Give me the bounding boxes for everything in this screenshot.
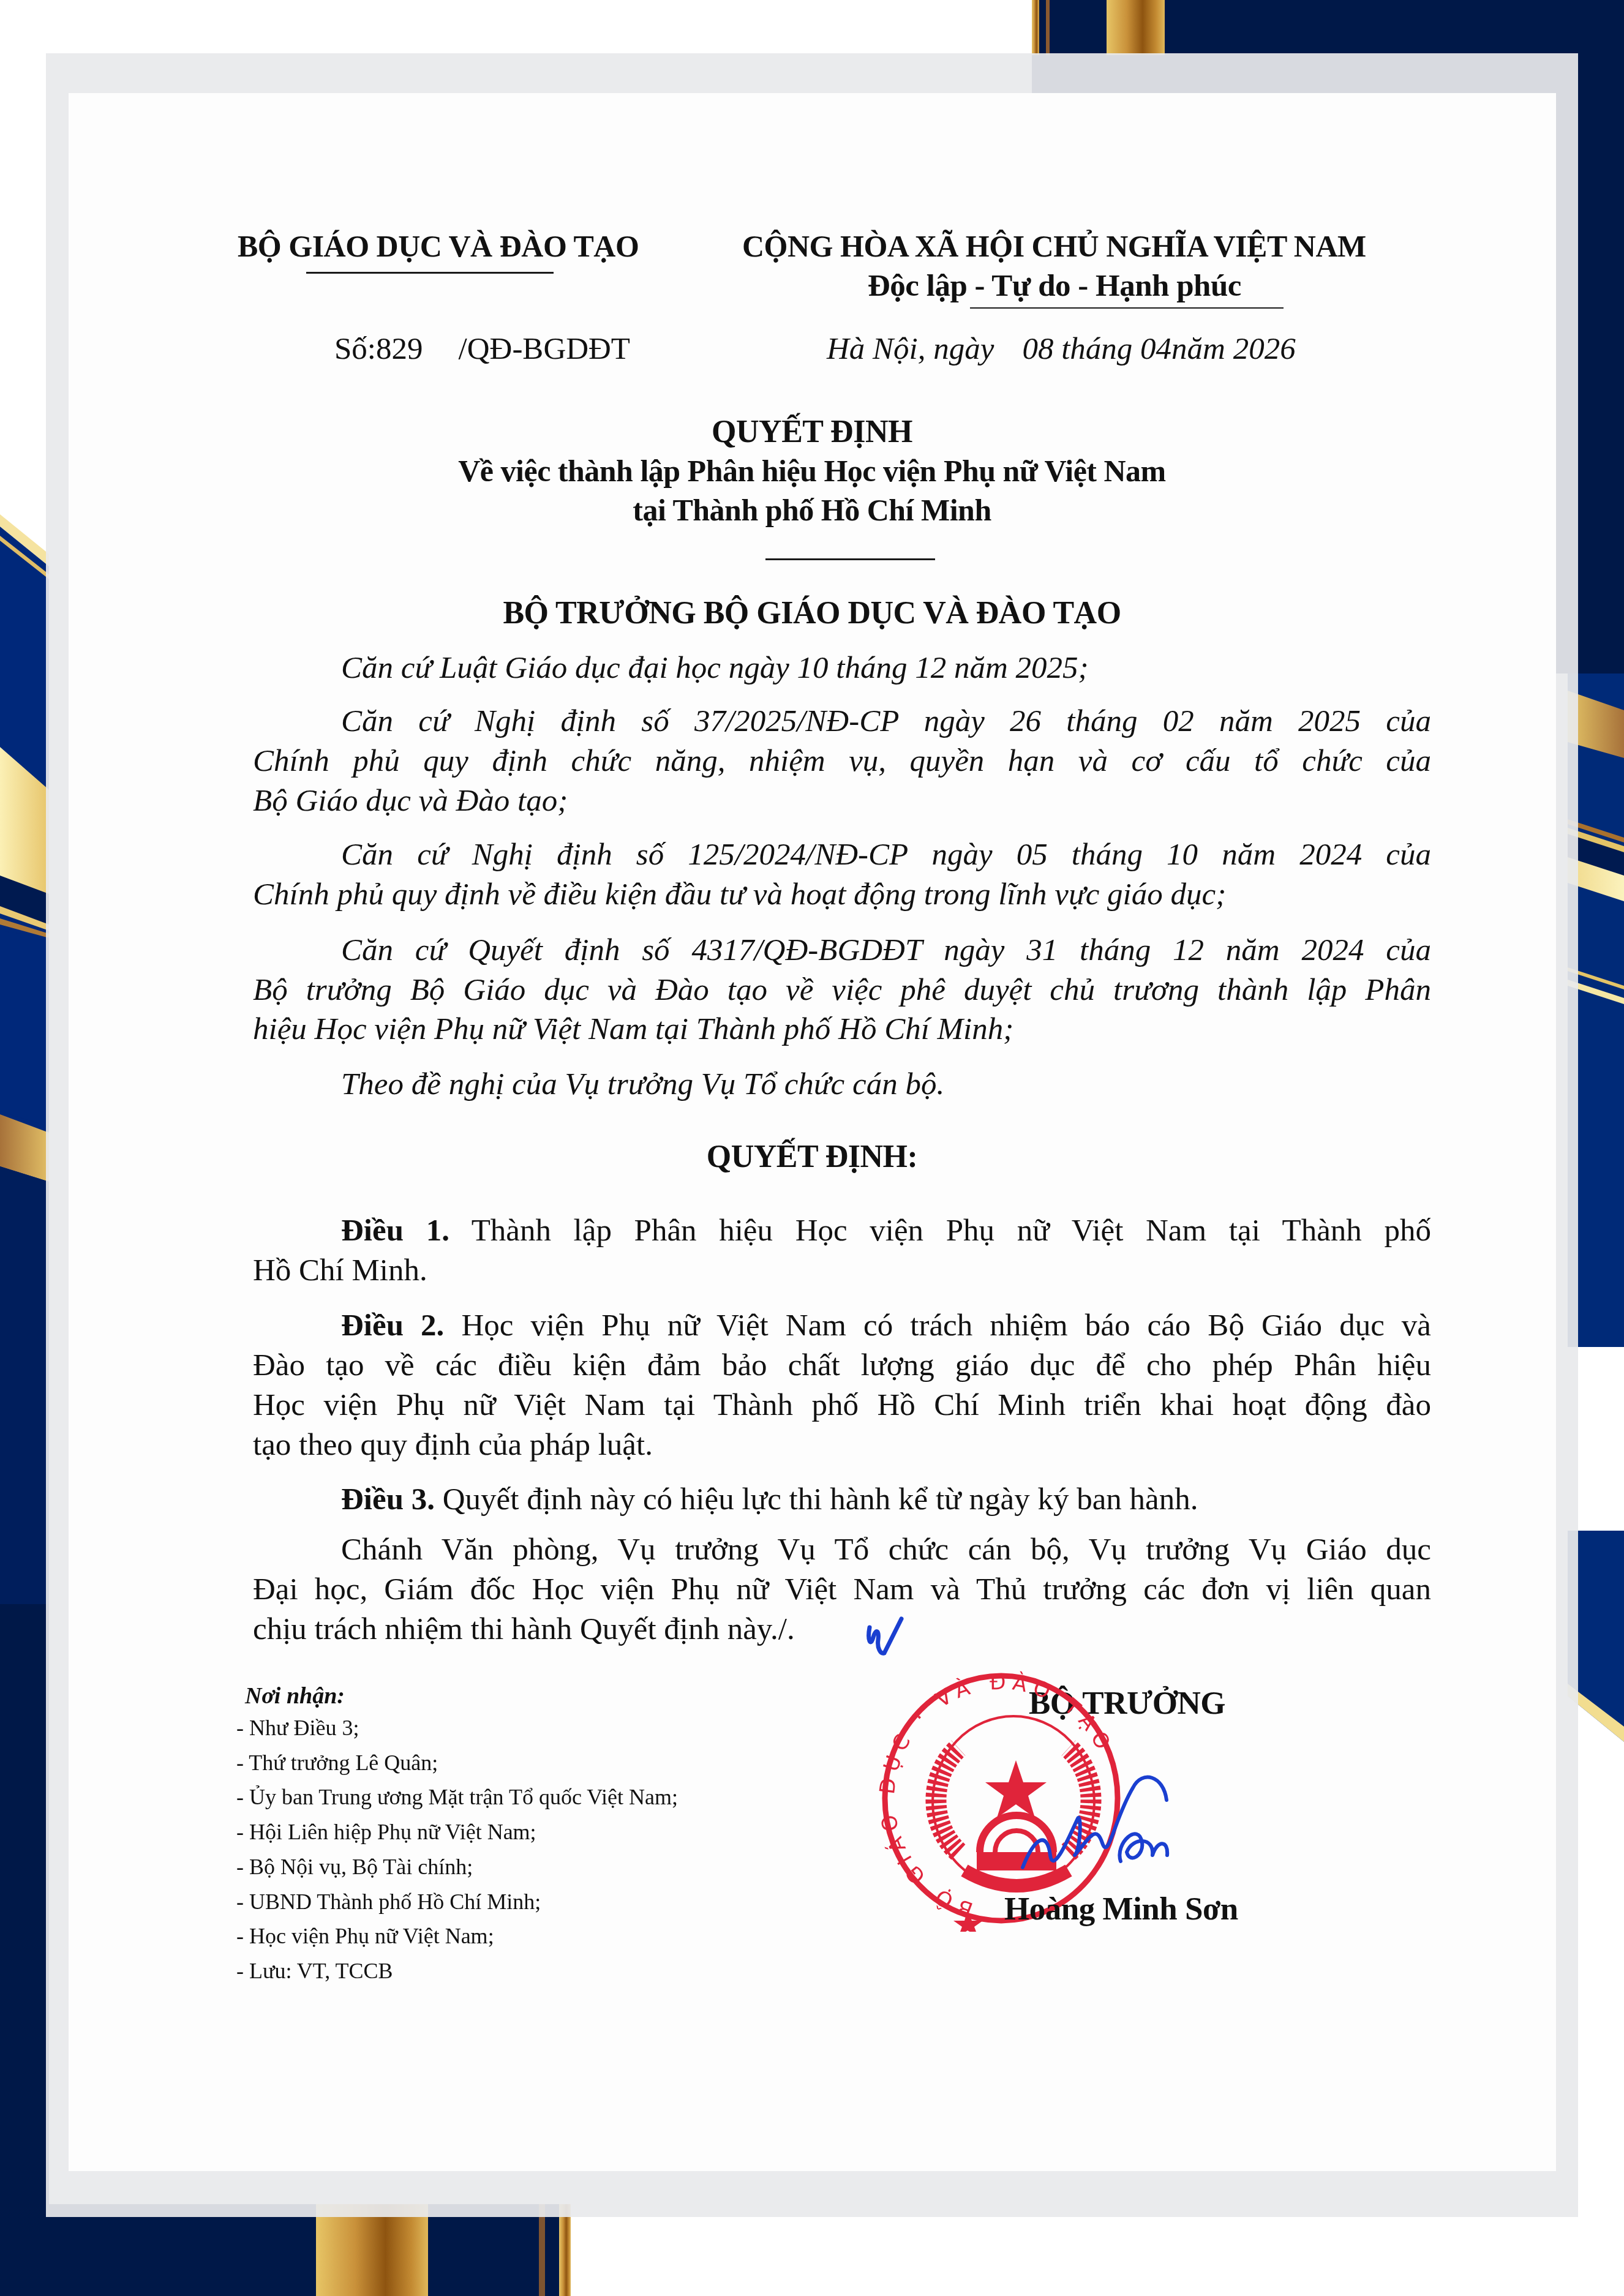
article-text: Thành lập Phân hiệu Học viện Phụ nữ Việt… <box>472 1214 1431 1248</box>
decision-subject-line-1: Về việc thành lập Phân hiệu Học viện Phụ… <box>0 456 1624 486</box>
article-line: Hồ Chí Minh. <box>253 1255 427 1286</box>
number-suffix: /QĐ-BGDĐT <box>459 332 630 366</box>
motto-underline <box>970 307 1284 309</box>
left-diagonal-stripes <box>0 502 49 1604</box>
preamble-line: Căn cứ Nghị định số 125/2024/NĐ-CP ngày … <box>341 839 1431 871</box>
recipient-item: - UBND Thành phố Hồ Chí Minh; <box>236 1891 541 1913</box>
recipient-item: - Ủy ban Trung ương Mặt trận Tổ quốc Việ… <box>236 1786 678 1808</box>
article-first-line: Điều 1. Thành lập Phân hiệu Học viện Phụ… <box>341 1215 1431 1247</box>
country-name: CỘNG HÒA XÃ HỘI CHỦ NGHĨA VIỆT NAM <box>742 231 1366 261</box>
preamble-line: Chính phủ quy định về điều kiện đầu tư v… <box>253 879 1226 910</box>
article-first-line: Điều 2. Học viện Phụ nữ Việt Nam có trác… <box>341 1310 1431 1341</box>
day: 08 <box>1022 332 1053 366</box>
article-line: Học viện Phụ nữ Việt Nam tại Thành phố H… <box>253 1390 1431 1421</box>
recipient-item: - Học viện Phụ nữ Việt Nam; <box>236 1925 494 1947</box>
article-line: tạo theo quy định của pháp luật. <box>253 1430 653 1461</box>
closing-line: Đại học, Giám đốc Học viện Phụ nữ Việt N… <box>253 1574 1431 1605</box>
recipients-heading: Nơi nhận: <box>245 1684 345 1708</box>
article-label: Điều 3. <box>341 1482 435 1517</box>
preamble-line: hiệu Học viện Phụ nữ Việt Nam tại Thành … <box>253 1014 1013 1045</box>
closing-line: chịu trách nhiệm thi hành Quyết định này… <box>253 1614 795 1645</box>
number-value: 829 <box>376 332 423 366</box>
decision-heading: QUYẾT ĐỊNH <box>0 416 1624 448</box>
preamble-line: Bộ Giáo dục và Đào tạo; <box>253 786 568 817</box>
article-label: Điều 2. <box>341 1308 444 1343</box>
document-number: Số:829/QĐ-BGDĐT <box>334 334 630 365</box>
place-date-prefix: Hà Nội, ngày <box>827 332 994 366</box>
recipient-item: - Thứ trưởng Lê Quân; <box>236 1752 438 1774</box>
place-and-date: Hà Nội, ngày08 tháng 04năm 2026 <box>827 334 1296 365</box>
article-text: Quyết định này có hiệu lực thi hành kể t… <box>443 1482 1198 1517</box>
article-text: Học viện Phụ nữ Việt Nam có trách nhiệm … <box>461 1308 1431 1343</box>
preamble-line: Chính phủ quy định chức năng, nhiệm vụ, … <box>253 746 1431 777</box>
recipient-item: - Hội Liên hiệp Phụ nữ Việt Nam; <box>236 1821 536 1843</box>
preamble-line: Căn cứ Nghị định số 37/2025/NĐ-CP ngày 2… <box>341 706 1431 737</box>
month: 04 <box>1140 332 1171 366</box>
year: 2026 <box>1233 332 1296 366</box>
signing-authority: BỘ TRƯỞNG BỘ GIÁO DỤC VÀ ĐÀO TẠO <box>0 598 1624 629</box>
year-label: năm <box>1171 332 1225 366</box>
initials-mark-icon <box>865 1616 908 1665</box>
signer-name: Hoàng Minh Sơn <box>1004 1893 1238 1926</box>
month-label: tháng <box>1061 332 1132 366</box>
preamble-line: Bộ trưởng Bộ Giáo dục và Đào tạo về việc… <box>253 975 1431 1006</box>
national-motto: Độc lập - Tự do - Hạnh phúc <box>868 271 1241 302</box>
preamble-line: Căn cứ Quyết định số 4317/QĐ-BGDĐT ngày … <box>341 935 1431 966</box>
article-line: Đào tạo về các điều kiện đảm bảo chất lư… <box>253 1350 1431 1381</box>
preamble-line: Theo đề nghị của Vụ trưởng Vụ Tổ chức cá… <box>341 1069 944 1100</box>
ministry-underline <box>306 272 554 274</box>
issuing-ministry: BỘ GIÁO DỤC VÀ ĐÀO TẠO <box>238 231 639 261</box>
decision-subject-line-2: tại Thành phố Hồ Chí Minh <box>0 495 1624 525</box>
number-prefix: Số: <box>334 332 376 366</box>
article-label: Điều 1. <box>341 1214 449 1248</box>
recipient-item: - Lưu: VT, TCCB <box>236 1960 393 1982</box>
decision-body-heading: QUYẾT ĐỊNH: <box>0 1141 1624 1173</box>
handwritten-signature-icon <box>1017 1763 1200 1886</box>
article-first-line: Điều 3. Quyết định này có hiệu lực thi h… <box>341 1484 1198 1515</box>
title-separator <box>765 558 935 560</box>
recipient-item: - Như Điều 3; <box>236 1717 359 1739</box>
closing-line: Chánh Văn phòng, Vụ trưởng Vụ Tổ chức cá… <box>341 1534 1431 1566</box>
recipient-item: - Bộ Nội vụ, Bộ Tài chính; <box>236 1856 473 1878</box>
preamble-line: Căn cứ Luật Giáo dục đại học ngày 10 thá… <box>341 653 1089 684</box>
